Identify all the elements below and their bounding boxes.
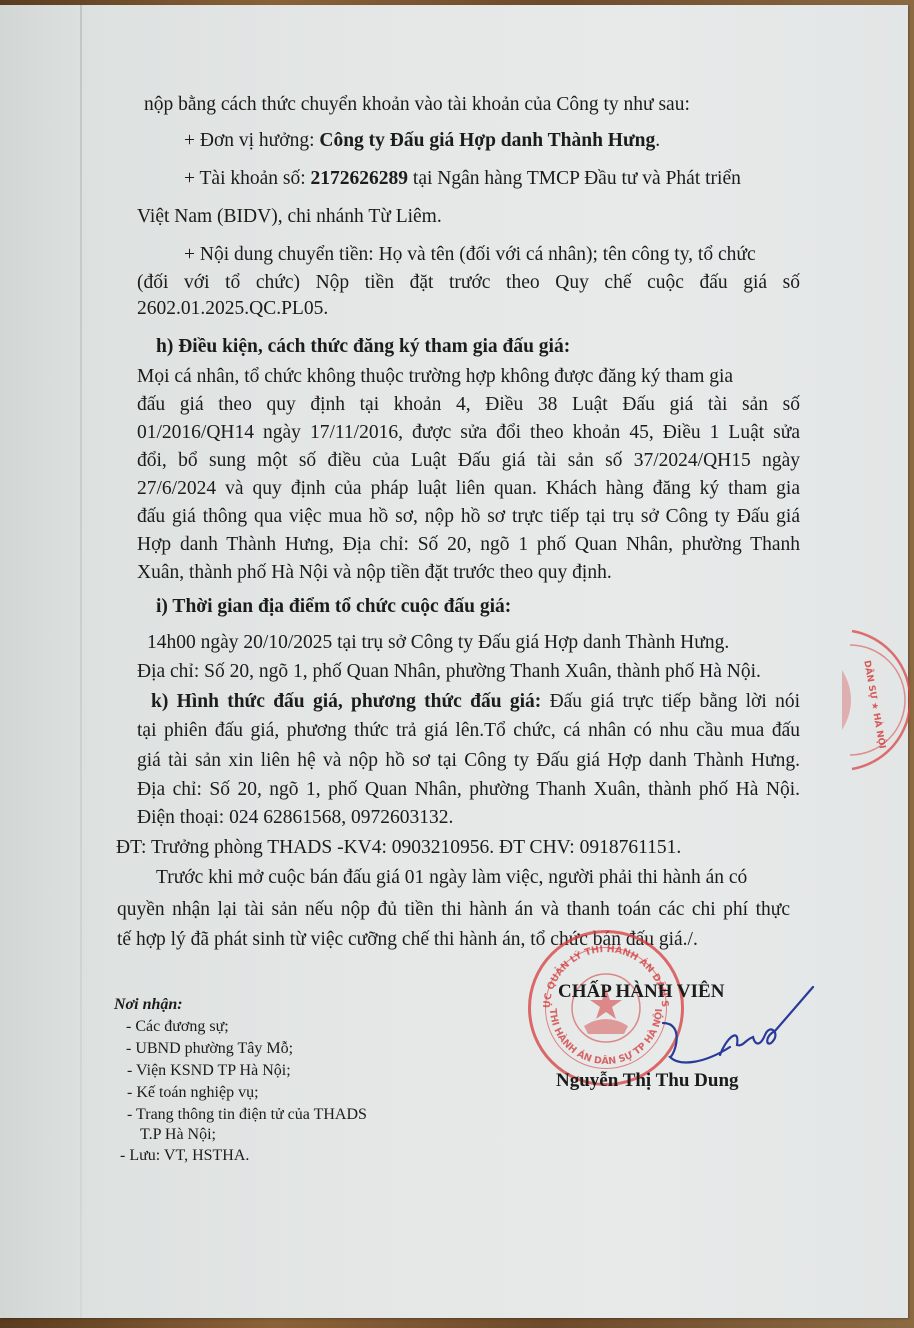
heading-text: i) Thời gian địa điểm tổ chức cuộc đấu g…	[156, 596, 511, 617]
account-line: + Tài khoản số: 2172626289 tại Ngân hàng…	[184, 167, 741, 191]
section-h-line: đấu giá theo quy định tại khoản 4, Điều …	[137, 393, 800, 417]
text-line: nộp bằng cách thức chuyển khoản vào tài …	[144, 93, 690, 117]
section-k-line: giá tài sản xin liên hệ và nộp hồ sơ tại…	[137, 749, 800, 773]
signatory-name: Nguyễn Thị Thu Dung	[556, 1069, 739, 1093]
recipient-item: T.P Hà Nội;	[140, 1125, 216, 1145]
closing-line: quyền nhận lại tài sản nếu nộp đủ tiền t…	[117, 898, 790, 922]
recipient-item: - UBND phường Tây Mỗ;	[126, 1039, 293, 1059]
section-h-line: đổi, bổ sung một số điều của Luật Đấu gi…	[137, 449, 800, 473]
closing-line: Trước khi mở cuộc bán đấu giá 01 ngày là…	[156, 866, 747, 890]
section-h-line: 27/6/2024 và quy định của pháp luật liên…	[137, 477, 800, 501]
section-h-heading: h) Điều kiện, cách thức đăng ký tham gia…	[156, 335, 570, 359]
recipient-item: - Lưu: VT, HSTHA.	[120, 1146, 249, 1166]
contact-line: ĐT: Trưởng phòng THADS -KV4: 0903210956.…	[116, 836, 681, 860]
text-line: (đối với tổ chức) Nộp tiền đặt trước the…	[137, 271, 800, 295]
document-page: nộp bằng cách thức chuyển khoản vào tài …	[0, 5, 908, 1318]
text-line: Việt Nam (BIDV), chi nhánh Từ Liêm.	[137, 205, 442, 229]
section-i-line: Địa chỉ: Số 20, ngõ 1, phố Quan Nhân, ph…	[137, 660, 761, 684]
recipient-item: - Viện KSND TP Hà Nội;	[127, 1061, 291, 1081]
section-k-line: Địa chỉ: Số 20, ngõ 1, phố Quan Nhân, ph…	[137, 778, 800, 802]
section-k-line: Điện thoại: 024 62861568, 0972603132.	[137, 806, 453, 830]
section-h-line: Mọi cá nhân, tổ chức không thuộc trường …	[137, 365, 733, 389]
paper-crease	[80, 5, 82, 1318]
section-i-heading: i) Thời gian địa điểm tổ chức cuộc đấu g…	[156, 595, 511, 619]
bank-name: tại Ngân hàng TMCP Đầu tư và Phát triển	[408, 168, 741, 189]
text: Đấu giá trực tiếp bằng lời nói	[541, 691, 800, 712]
label: + Đơn vị hưởng:	[184, 130, 319, 151]
svg-text:DÂN SỰ ★ HÀ NỘI: DÂN SỰ ★ HÀ NỘI	[861, 659, 888, 749]
section-h-line: đấu giá thông qua việc mua hồ sơ, nộp hồ…	[137, 505, 800, 529]
beneficiary-line: + Đơn vị hưởng: Công ty Đấu giá Hợp danh…	[184, 129, 660, 153]
beneficiary-name: Công ty Đấu giá Hợp danh Thành Hưng	[319, 130, 655, 151]
section-h-line: Hợp danh Thành Hưng, Địa chỉ: Số 20, ngõ…	[137, 533, 800, 557]
label: + Tài khoản số:	[184, 168, 311, 189]
section-k-heading: k) Hình thức đấu giá, phương thức đấu gi…	[151, 691, 541, 712]
recipient-item: - Các đương sự;	[126, 1017, 229, 1037]
recipients-title: Nơi nhận:	[114, 995, 183, 1015]
section-h-line: Xuân, thành phố Hà Nội và nộp tiền đặt t…	[137, 561, 612, 585]
account-number: 2172626289	[311, 168, 409, 189]
section-i-line: 14h00 ngày 20/10/2025 tại trụ sở Công ty…	[147, 631, 729, 655]
recipient-item: - Trang thông tin điện tử của THADS	[127, 1105, 367, 1125]
edge-seal-fragment: DÂN SỰ ★ HÀ NỘI	[820, 625, 910, 775]
punct: .	[655, 130, 660, 151]
text-line: 2602.01.2025.QC.PL05.	[137, 297, 328, 321]
text-line: + Nội dung chuyển tiền: Họ và tên (đối v…	[184, 243, 756, 267]
recipient-item: - Kế toán nghiệp vụ;	[127, 1083, 259, 1103]
section-h-line: 01/2016/QH14 ngày 17/11/2016, được sửa đ…	[137, 421, 800, 445]
section-k-line: tại phiên đấu giá, phương thức trả giá l…	[137, 719, 800, 743]
handwritten-signature	[615, 985, 815, 1065]
section-k-first-line: k) Hình thức đấu giá, phương thức đấu gi…	[151, 690, 800, 714]
